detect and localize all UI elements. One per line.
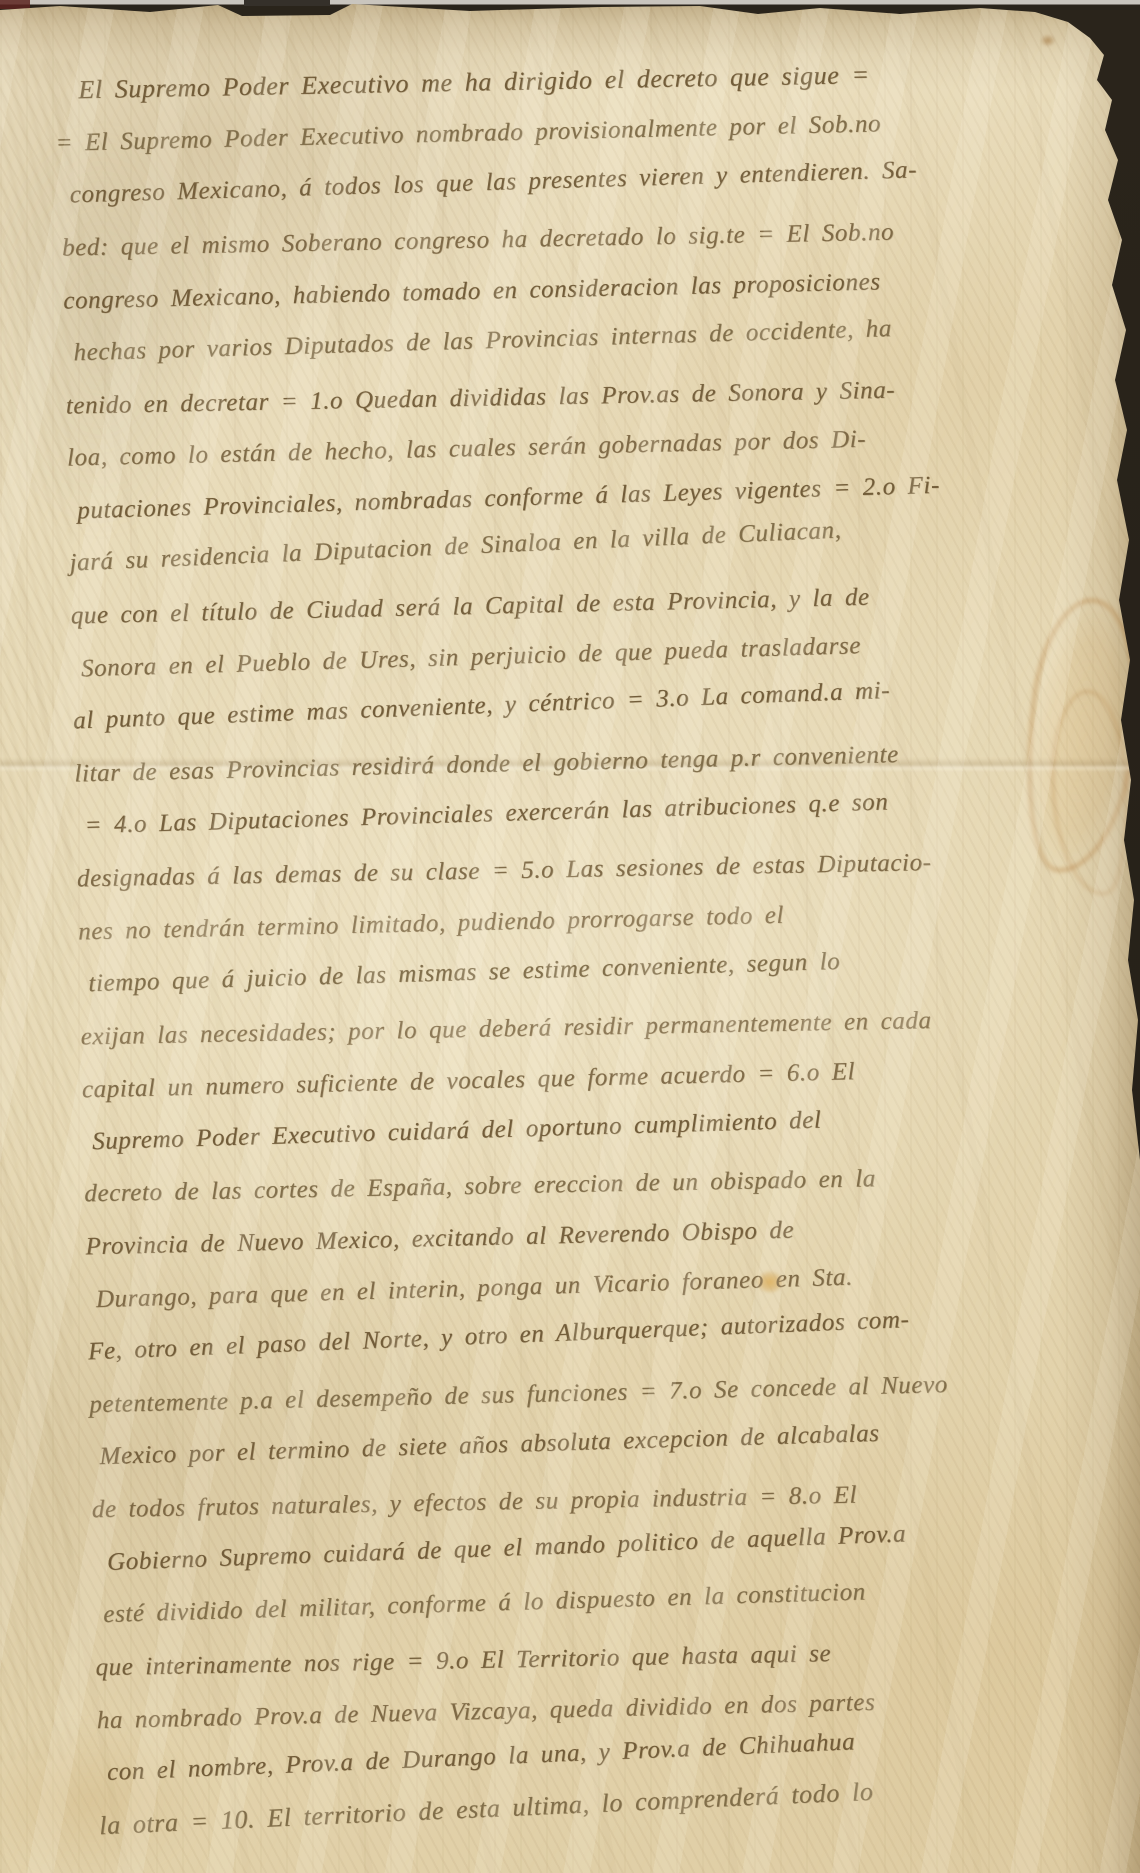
manuscript-line: congreso Mexicano, á todos los que las p… xyxy=(69,140,1071,222)
manuscript-line: la otra = 10. El territorio de esta ulti… xyxy=(98,1755,1109,1852)
manuscript-line: Provincia de Nuevo Mexico, excitando al … xyxy=(85,1198,1096,1274)
manuscript-line: nes no tendrán termino limitado, pudiend… xyxy=(78,882,1089,958)
handwritten-text-block: El Supremo Poder Executivo me ha dirigid… xyxy=(58,41,1110,1852)
ink-bleedthrough-left-margin xyxy=(0,60,72,1760)
manuscript-line: exijan las necesidades; por lo que deber… xyxy=(80,992,1091,1064)
manuscript-line: decreto de las cortes de España, sobre e… xyxy=(84,1149,1095,1221)
manuscript-line: El Supremo Poder Executivo me ha dirigid… xyxy=(78,45,1069,117)
manuscript-line: al punto que estime mas conveniente, y c… xyxy=(72,658,1083,748)
manuscript-line: loa, como lo están de hecho, las cuales … xyxy=(66,409,1077,485)
manuscript-line: = 4.o Las Diputaciones Provinciales exer… xyxy=(84,771,1086,853)
manuscript-line: jará su residencia la Diputacion de Sina… xyxy=(68,495,1079,591)
paper-yellow-spot xyxy=(756,1270,784,1294)
paper-stain-top-right xyxy=(1040,34,1056,47)
paper-smudge-top-left xyxy=(0,120,230,540)
horizontal-fold-crease xyxy=(0,758,1140,772)
manuscript-line: Mexico por el termino de siete años abso… xyxy=(99,1402,1101,1484)
manuscript-line: litar de esas Provincias residirá donde … xyxy=(74,724,1085,800)
manuscript-line: Durango, para que en el interin, ponga u… xyxy=(95,1244,1097,1326)
paper-water-stain-right-inner xyxy=(1045,688,1135,899)
manuscript-line: designadas á las demas de su clase = 5.o… xyxy=(76,834,1087,906)
paper-water-stain-right xyxy=(1012,592,1140,879)
paper-smudge-bottom-left xyxy=(0,1720,200,1873)
manuscript-line: petentemente p.a el desempeño de sus fun… xyxy=(89,1355,1100,1431)
manuscript-line: capital un numero suficiente de vocales … xyxy=(81,1040,1092,1116)
manuscript-line: esté dividido del militar, conforme á lo… xyxy=(103,1560,1105,1642)
manuscript-line: que con el título de Ciudad será la Capi… xyxy=(70,567,1081,643)
manuscript-line: Fe, otro en el paso del Norte, y otro en… xyxy=(87,1287,1098,1379)
manuscript-line: ha nombrado Prov.a de Nueva Vizcaya, que… xyxy=(96,1671,1107,1747)
photographed-document: El Supremo Poder Executivo me ha dirigid… xyxy=(0,0,1140,1873)
manuscript-line: tenido en decretar = 1.o Quedan dividida… xyxy=(65,361,1076,433)
photo-edge-mark xyxy=(0,0,30,9)
manuscript-line: que interinamente nos rige = 9.o El Terr… xyxy=(95,1623,1106,1695)
manuscript-line: Sonora en el Pueblo de Ures, sin perjuic… xyxy=(80,613,1082,695)
manuscript-line: de todos frutos naturales, y efectos de … xyxy=(91,1465,1102,1537)
manuscript-line: = El Supremo Poder Executivo nombrado pr… xyxy=(55,93,1070,169)
manuscript-line: con el nombre, Prov.a de Durango la una,… xyxy=(106,1706,1108,1800)
manuscript-paper-sheet: El Supremo Poder Executivo me ha dirigid… xyxy=(0,0,1140,1873)
manuscript-line: tiempo que á juicio de las mismas se est… xyxy=(88,929,1090,1011)
photo-edge-gap xyxy=(244,0,330,6)
manuscript-line: bed: que el mismo Soberano congreso ha d… xyxy=(62,203,1073,275)
manuscript-line: Gobierno Supremo cuidará de que el mando… xyxy=(106,1501,1103,1589)
manuscript-line: putaciones Provinciales, nombradas confo… xyxy=(77,455,1079,537)
manuscript-line: hechas por varios Diputados de las Provi… xyxy=(73,298,1075,380)
manuscript-line: congreso Mexicano, habiendo tomado en co… xyxy=(63,251,1074,327)
manuscript-line: Supremo Poder Executivo cuidará del opor… xyxy=(91,1086,1093,1168)
